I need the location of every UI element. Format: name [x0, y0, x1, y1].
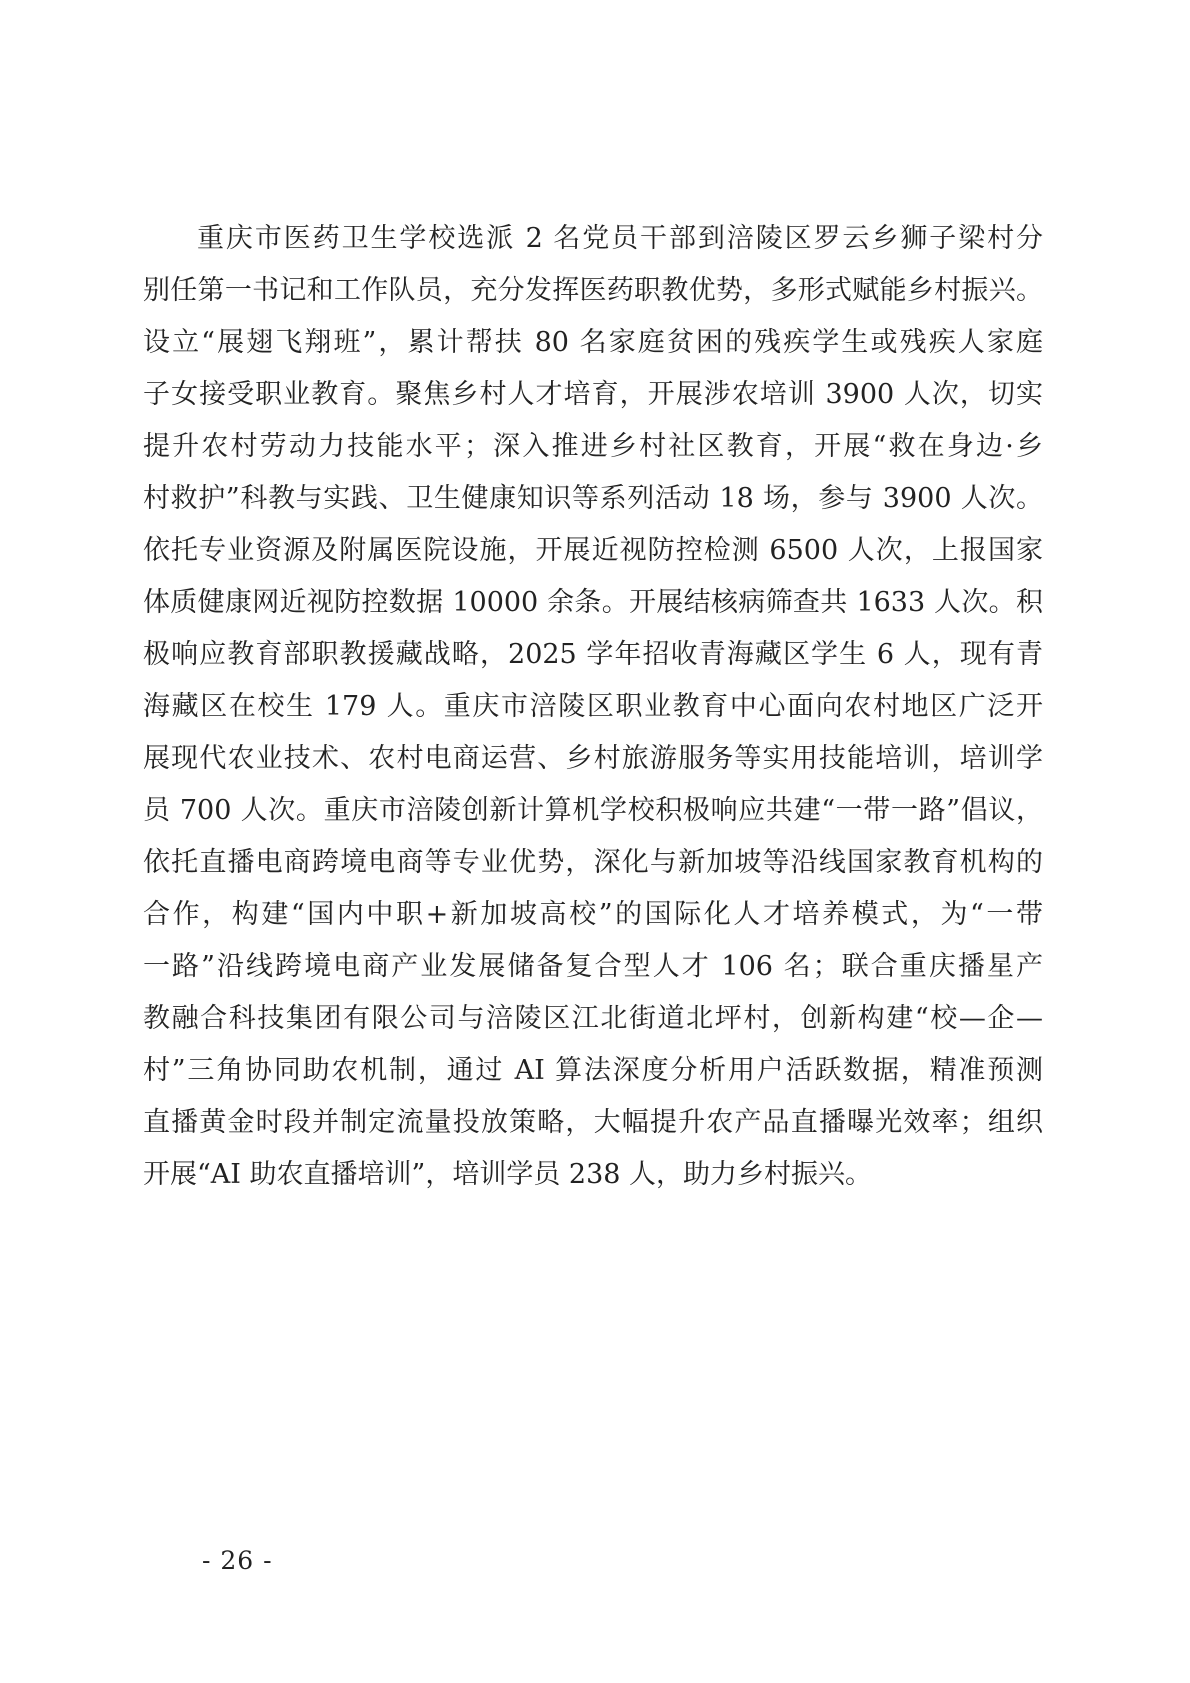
text-line: 教融合科技集团有限公司与涪陵区江北街道北坪村，创新构建“校—企—	[143, 993, 1043, 1045]
body-paragraph: 重庆市医药卫生学校选派 2 名党员干部到涪陵区罗云乡狮子梁村分别任第一书记和工作…	[143, 213, 1043, 1201]
text-line: 重庆市医药卫生学校选派 2 名党员干部到涪陵区罗云乡狮子梁村分	[143, 213, 1043, 265]
text-line: 设立“展翅飞翔班”，累计帮扶 80 名家庭贫困的残疾学生或残疾人家庭	[143, 317, 1043, 369]
text-line: 别任第一书记和工作队员，充分发挥医药职教优势，多形式赋能乡村振兴。	[143, 265, 1043, 317]
text-line: 一路”沿线跨境电商产业发展储备复合型人才 106 名；联合重庆播星产	[143, 941, 1043, 993]
text-line: 子女接受职业教育。聚焦乡村人才培育，开展涉农培训 3900 人次，切实	[143, 369, 1043, 421]
text-line: 合作，构建“国内中职+新加坡高校”的国际化人才培养模式，为“一带	[143, 889, 1043, 941]
document-page: 重庆市医药卫生学校选派 2 名党员干部到涪陵区罗云乡狮子梁村分别任第一书记和工作…	[0, 0, 1190, 1683]
text-line: 村”三角协同助农机制，通过 AI 算法深度分析用户活跃数据，精准预测	[143, 1045, 1043, 1097]
text-line: 海藏区在校生 179 人。重庆市涪陵区职业教育中心面向农村地区广泛开	[143, 681, 1043, 733]
text-line: 体质健康网近视防控数据 10000 余条。开展结核病筛查共 1633 人次。积	[143, 577, 1043, 629]
text-line: 依托直播电商跨境电商等专业优势，深化与新加坡等沿线国家教育机构的	[143, 837, 1043, 889]
text-line: 极响应教育部职教援藏战略，2025 学年招收青海藏区学生 6 人，现有青	[143, 629, 1043, 681]
text-line: 村救护”科教与实践、卫生健康知识等系列活动 18 场，参与 3900 人次。	[143, 473, 1043, 525]
page-number: - 26 -	[202, 1546, 273, 1576]
text-line: 员 700 人次。重庆市涪陵创新计算机学校积极响应共建“一带一路”倡议，	[143, 785, 1043, 837]
text-line: 依托专业资源及附属医院设施，开展近视防控检测 6500 人次，上报国家	[143, 525, 1043, 577]
text-line: 直播黄金时段并制定流量投放策略，大幅提升农产品直播曝光效率；组织	[143, 1097, 1043, 1149]
text-line: 提升农村劳动力技能水平；深入推进乡村社区教育，开展“救在身边·乡	[143, 421, 1043, 473]
text-line: 开展“AI 助农直播培训”，培训学员 238 人，助力乡村振兴。	[143, 1149, 1043, 1201]
text-line: 展现代农业技术、农村电商运营、乡村旅游服务等实用技能培训，培训学	[143, 733, 1043, 785]
